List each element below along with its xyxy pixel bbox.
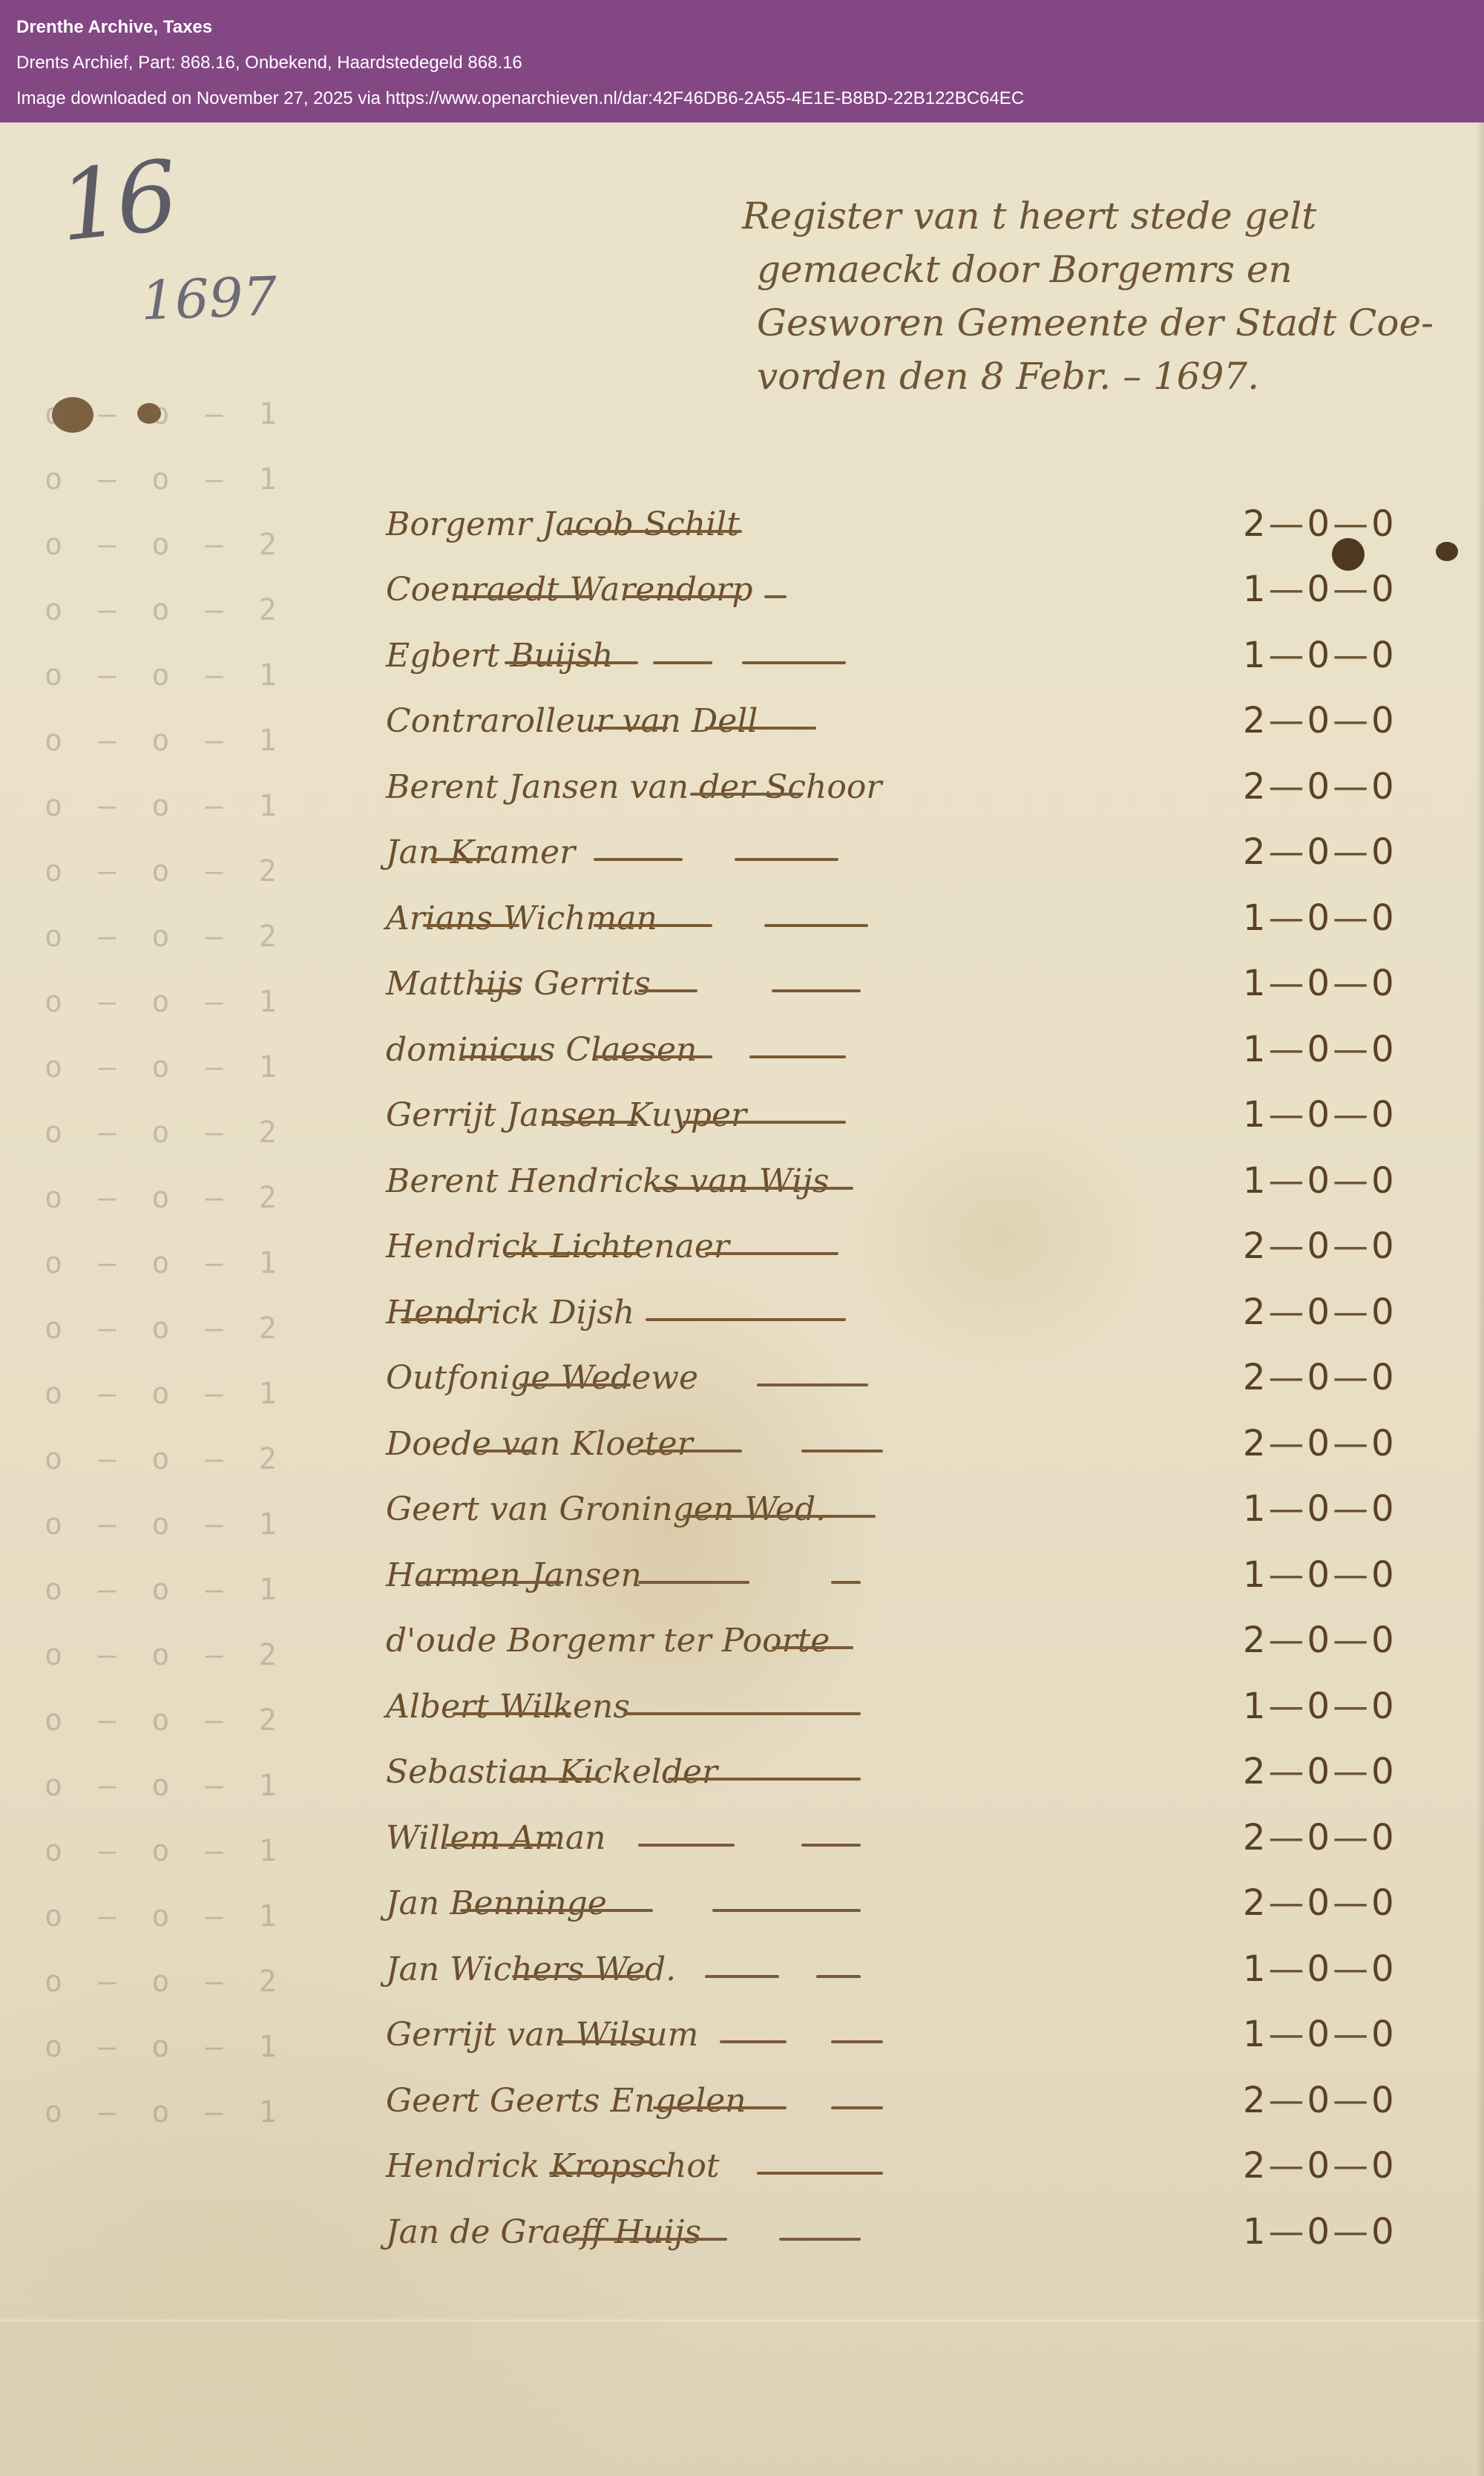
amount-penning: 0 <box>1371 2014 1397 2055</box>
leader-dash <box>779 2238 861 2241</box>
amount-separator: — <box>1269 766 1307 808</box>
leader-dash <box>801 1450 883 1452</box>
amount-separator: — <box>1333 2014 1371 2055</box>
leader-dash <box>772 989 861 992</box>
amount-penning: 0 <box>1371 766 1397 808</box>
amount-separator: — <box>1333 963 1371 1004</box>
amount-penning: 0 <box>1371 503 1397 545</box>
register-title-line: gemaeckt door Borgemrs en <box>742 243 1477 296</box>
amount-separator: — <box>1269 1751 1307 1792</box>
amount-separator: — <box>1269 1029 1307 1070</box>
amount-separator: — <box>1333 1554 1371 1596</box>
leader-dash <box>542 1121 638 1124</box>
taxpayer-name: Geert van Groningen Wed. <box>386 1490 826 1528</box>
amount-stuiver: 0 <box>1307 503 1333 545</box>
amount-penning: 0 <box>1371 963 1397 1004</box>
amount-separator: — <box>1269 1160 1307 1202</box>
taxpayer-name: Outfonige Wedewe <box>386 1359 698 1397</box>
amount-gulden: 1 <box>1243 1029 1269 1070</box>
amount-separator: — <box>1333 1488 1371 1530</box>
leader-dash <box>653 1187 853 1190</box>
leader-dash <box>623 1712 861 1715</box>
tax-amount: 1—0—0 <box>1243 2014 1397 2055</box>
tax-amount: 1—0—0 <box>1243 1948 1397 1990</box>
amount-penning: 0 <box>1371 1619 1397 1661</box>
leader-dash <box>460 1055 542 1058</box>
leader-dash <box>594 858 683 861</box>
amount-separator: — <box>1269 700 1307 741</box>
register-entry: Berent Hendricks van Wijs1—0—0 <box>356 1143 1484 1209</box>
amount-penning: 0 <box>1371 1160 1397 1202</box>
amount-separator: — <box>1269 1488 1307 1530</box>
amount-separator: — <box>1333 1291 1371 1333</box>
leader-dash <box>831 1581 861 1584</box>
taxpayer-name: Geert Geerts Engelen <box>386 2082 746 2120</box>
leader-dash <box>816 1975 861 1978</box>
amount-penning: 0 <box>1371 897 1397 939</box>
amount-separator: — <box>1269 1357 1307 1398</box>
register-entry: Albert Wilkens1—0—0 <box>356 1668 1484 1735</box>
amount-gulden: 2 <box>1243 1225 1269 1267</box>
tax-amount: 2—0—0 <box>1243 831 1397 873</box>
leader-dash <box>638 989 697 992</box>
leader-dash <box>416 1581 564 1584</box>
amount-separator: — <box>1333 1160 1371 1202</box>
amount-separator: — <box>1269 1554 1307 1596</box>
archive-source-reference: Drents Archief, Part: 868.16, Onbekend, … <box>16 52 1468 74</box>
amount-stuiver: 0 <box>1307 700 1333 741</box>
amount-penning: 0 <box>1371 2211 1397 2253</box>
amount-gulden: 1 <box>1243 1160 1269 1202</box>
amount-separator: — <box>1269 2145 1307 2187</box>
amount-gulden: 2 <box>1243 1817 1269 1858</box>
amount-separator: — <box>1333 569 1371 610</box>
amount-penning: 0 <box>1371 1094 1397 1136</box>
register-entry: Jan Wichers Wed.1—0—0 <box>356 1931 1484 1997</box>
amount-gulden: 2 <box>1243 503 1269 545</box>
amount-separator: — <box>1269 1948 1307 1990</box>
amount-penning: 0 <box>1371 1488 1397 1530</box>
register-entry: Willem Aman2—0—0 <box>356 1800 1484 1866</box>
amount-penning: 0 <box>1371 1817 1397 1858</box>
amount-separator: — <box>1333 1029 1371 1070</box>
amount-stuiver: 0 <box>1307 2080 1333 2121</box>
amount-stuiver: 0 <box>1307 569 1333 610</box>
taxpayer-name: Hendrick Dijsh <box>386 1294 634 1332</box>
leader-dash <box>638 1844 735 1847</box>
tax-amount: 2—0—0 <box>1243 1225 1397 1267</box>
amount-stuiver: 0 <box>1307 2211 1333 2253</box>
amount-separator: — <box>1333 1882 1371 1924</box>
taxpayer-name: d'oude Borgemr ter Poorte <box>386 1622 830 1660</box>
amount-stuiver: 0 <box>1307 1619 1333 1661</box>
register-entry: Hendrick Lichtenaer2—0—0 <box>356 1209 1484 1275</box>
amount-gulden: 1 <box>1243 1094 1269 1136</box>
leader-dash <box>512 1975 646 1978</box>
amount-separator: — <box>1333 1225 1371 1267</box>
taxpayer-name: Hendrick Kropschot <box>386 2147 720 2185</box>
amount-separator: — <box>1333 700 1371 741</box>
leader-dash <box>475 1450 534 1452</box>
amount-penning: 0 <box>1371 1686 1397 1727</box>
amount-gulden: 1 <box>1243 1488 1269 1530</box>
manuscript-page: 16 1697 o — o — 1 o — o — 1 o — o — 2 o … <box>0 122 1484 2476</box>
leader-dash <box>757 1383 868 1386</box>
amount-stuiver: 0 <box>1307 1948 1333 1990</box>
amount-gulden: 1 <box>1243 897 1269 939</box>
amount-gulden: 2 <box>1243 2080 1269 2121</box>
register-title: Register van t heert stede gelt gemaeckt… <box>742 189 1477 403</box>
amount-gulden: 2 <box>1243 1751 1269 1792</box>
tax-amount: 1—0—0 <box>1243 1554 1397 1596</box>
tax-amount: 1—0—0 <box>1243 963 1397 1004</box>
amount-separator: — <box>1269 1094 1307 1136</box>
register-entry: d'oude Borgemr ter Poorte2—0—0 <box>356 1603 1484 1669</box>
tax-amount: 2—0—0 <box>1243 2080 1397 2121</box>
amount-separator: — <box>1333 503 1371 545</box>
taxpayer-name: Hendrick Lichtenaer <box>386 1228 729 1265</box>
leader-dash <box>749 1055 846 1058</box>
leader-dash <box>683 1515 876 1518</box>
tax-amount: 2—0—0 <box>1243 1817 1397 1858</box>
archive-header-banner: Drenthe Archive, Taxes Drents Archief, P… <box>0 0 1484 122</box>
leader-dash <box>735 858 838 861</box>
amount-stuiver: 0 <box>1307 963 1333 1004</box>
archive-title: Drenthe Archive, Taxes <box>16 16 1468 39</box>
amount-separator: — <box>1269 831 1307 873</box>
register-entry: Jan Kramer2—0—0 <box>356 815 1484 881</box>
amount-separator: — <box>1269 1686 1307 1727</box>
amount-stuiver: 0 <box>1307 1291 1333 1333</box>
tax-amount: 2—0—0 <box>1243 1751 1397 1792</box>
leader-dash <box>653 2106 787 2109</box>
taxpayer-name: dominicus Claesen <box>386 1031 697 1069</box>
amount-stuiver: 0 <box>1307 1423 1333 1464</box>
leader-dash <box>720 2040 787 2043</box>
leader-dash <box>505 661 638 664</box>
amount-stuiver: 0 <box>1307 2014 1333 2055</box>
amount-separator: — <box>1269 2211 1307 2253</box>
amount-gulden: 1 <box>1243 963 1269 1004</box>
amount-gulden: 2 <box>1243 831 1269 873</box>
leader-dash <box>594 924 712 927</box>
register-entry: Hendrick Kropschot2—0—0 <box>356 2129 1484 2195</box>
taxpayer-name: Berent Hendricks van Wijs <box>386 1162 830 1200</box>
leader-dash <box>571 2238 727 2241</box>
amount-penning: 0 <box>1371 700 1397 741</box>
amount-penning: 0 <box>1371 1882 1397 1924</box>
taxpayer-name: Albert Wilkens <box>386 1688 630 1726</box>
amount-separator: — <box>1333 1686 1371 1727</box>
amount-separator: — <box>1333 1751 1371 1792</box>
tax-amount: 2—0—0 <box>1243 1619 1397 1661</box>
tax-amount: 1—0—0 <box>1243 1094 1397 1136</box>
register-entry: Arians Wichman1—0—0 <box>356 880 1484 946</box>
amount-penning: 0 <box>1371 1554 1397 1596</box>
tax-amount: 2—0—0 <box>1243 766 1397 808</box>
amount-gulden: 1 <box>1243 1554 1269 1596</box>
register-entry: Hendrick Dijsh2—0—0 <box>356 1274 1484 1340</box>
paper-fold-line <box>0 2319 1484 2322</box>
amount-gulden: 2 <box>1243 1291 1269 1333</box>
amount-separator: — <box>1333 897 1371 939</box>
leader-dash <box>401 1318 482 1321</box>
amount-separator: — <box>1269 569 1307 610</box>
register-entry: Geert Geerts Engelen2—0—0 <box>356 2063 1484 2129</box>
amount-stuiver: 0 <box>1307 1817 1333 1858</box>
leader-dash <box>594 1055 712 1058</box>
tax-amount: 1—0—0 <box>1243 635 1397 676</box>
register-title-line: Register van t heert stede gelt <box>742 189 1477 243</box>
amount-gulden: 2 <box>1243 1619 1269 1661</box>
leader-dash <box>653 661 712 664</box>
register-entry: Egbert Buijsh1—0—0 <box>356 618 1484 684</box>
archive-download-note: Image downloaded on November 27, 2025 vi… <box>16 88 1468 110</box>
amount-separator: — <box>1333 1817 1371 1858</box>
taxpayer-name: Sebastian Kickelder <box>386 1753 718 1791</box>
tax-amount: 2—0—0 <box>1243 1423 1397 1464</box>
amount-penning: 0 <box>1371 569 1397 610</box>
taxpayer-name: Willem Aman <box>386 1819 605 1857</box>
amount-stuiver: 0 <box>1307 635 1333 676</box>
amount-penning: 0 <box>1371 1291 1397 1333</box>
amount-separator: — <box>1269 503 1307 545</box>
leader-dash <box>646 1318 846 1321</box>
amount-gulden: 2 <box>1243 1882 1269 1924</box>
amount-penning: 0 <box>1371 2080 1397 2121</box>
leader-dash <box>831 2106 883 2109</box>
amount-separator: — <box>1333 2145 1371 2187</box>
tax-amount: 2—0—0 <box>1243 1291 1397 1333</box>
amount-separator: — <box>1333 831 1371 873</box>
amount-penning: 0 <box>1371 635 1397 676</box>
amount-gulden: 2 <box>1243 766 1269 808</box>
amount-stuiver: 0 <box>1307 1160 1333 1202</box>
leader-dash <box>638 1581 749 1584</box>
register-title-line: vorden den 8 Febr. – 1697. <box>742 350 1477 403</box>
amount-gulden: 1 <box>1243 1948 1269 1990</box>
leader-dash <box>690 793 801 796</box>
register-entry: Gerrijt Jansen Kuyper1—0—0 <box>356 1078 1484 1144</box>
leader-dash <box>423 924 519 927</box>
taxpayer-name: Jan Wichers Wed. <box>386 1951 676 1988</box>
leader-dash <box>445 1844 556 1847</box>
taxpayer-name: Jan Benninge <box>386 1884 607 1922</box>
amount-separator: — <box>1333 2080 1371 2121</box>
amount-separator: — <box>1333 1357 1371 1398</box>
leader-dash <box>772 1646 853 1649</box>
amount-separator: — <box>1269 2014 1307 2055</box>
tax-amount: 2—0—0 <box>1243 2145 1397 2187</box>
leader-dash <box>742 661 846 664</box>
amount-separator: — <box>1269 897 1307 939</box>
amount-separator: — <box>1333 1619 1371 1661</box>
amount-penning: 0 <box>1371 2145 1397 2187</box>
register-entry: Borgemr Jacob Schilt2—0—0 <box>356 486 1484 552</box>
leader-dash <box>638 1450 742 1452</box>
amount-gulden: 2 <box>1243 700 1269 741</box>
amount-penning: 0 <box>1371 1357 1397 1398</box>
register-title-line: Gesworen Gemeente der Stadt Coe- <box>742 296 1477 350</box>
leader-dash <box>764 595 787 598</box>
taxpayer-name: Coenraedt Warendorp <box>386 571 753 609</box>
leader-dash <box>705 1975 779 1978</box>
register-entry: Coenraedt Warendorp1—0—0 <box>356 552 1484 618</box>
amount-separator: — <box>1269 1619 1307 1661</box>
amount-stuiver: 0 <box>1307 1094 1333 1136</box>
amount-separator: — <box>1269 1817 1307 1858</box>
leader-dash <box>668 1778 861 1781</box>
amount-penning: 0 <box>1371 1423 1397 1464</box>
amount-separator: — <box>1333 635 1371 676</box>
leader-dash <box>549 2172 668 2175</box>
taxpayer-name: Jan de Graeff Huijs <box>386 2213 701 2251</box>
amount-penning: 0 <box>1371 1751 1397 1792</box>
leader-dash <box>460 1909 653 1912</box>
register-entry: Sebastian Kickelder2—0—0 <box>356 1735 1484 1801</box>
amount-stuiver: 0 <box>1307 1751 1333 1792</box>
amount-stuiver: 0 <box>1307 1882 1333 1924</box>
amount-stuiver: 0 <box>1307 831 1333 873</box>
register-entry: Doede van Kloeter2—0—0 <box>356 1406 1484 1472</box>
register-entry: Contrarolleur van Dell2—0—0 <box>356 684 1484 750</box>
leader-dash <box>505 1252 638 1255</box>
amount-stuiver: 0 <box>1307 766 1333 808</box>
amount-separator: — <box>1269 2080 1307 2121</box>
folio-number-annotation: 16 <box>53 139 178 263</box>
amount-gulden: 1 <box>1243 1686 1269 1727</box>
leader-dash <box>831 2040 883 2043</box>
taxpayer-name: Egbert Buijsh <box>386 637 614 675</box>
tax-amount: 1—0—0 <box>1243 569 1397 610</box>
amount-penning: 0 <box>1371 831 1397 873</box>
taxpayer-name: Harmen Jansen <box>386 1556 642 1594</box>
amount-separator: — <box>1269 1225 1307 1267</box>
leader-dash <box>801 1844 861 1847</box>
amount-separator: — <box>1333 2211 1371 2253</box>
tax-amount: 1—0—0 <box>1243 1160 1397 1202</box>
register-entry: Outfonige Wedewe2—0—0 <box>356 1340 1484 1406</box>
leader-dash <box>564 530 742 533</box>
leader-dash <box>453 1712 571 1715</box>
taxpayer-name: Berent Jansen van der Schoor <box>386 768 881 806</box>
amount-penning: 0 <box>1371 1948 1397 1990</box>
register-entry: Berent Jansen van der Schoor2—0—0 <box>356 749 1484 815</box>
amount-gulden: 1 <box>1243 2014 1269 2055</box>
taxpayer-name: Jan Kramer <box>386 833 575 871</box>
leader-dash <box>453 595 594 598</box>
leader-dash <box>705 1252 838 1255</box>
amount-stuiver: 0 <box>1307 1029 1333 1070</box>
leader-dash <box>519 1383 631 1386</box>
leader-dash <box>594 727 668 730</box>
amount-gulden: 1 <box>1243 635 1269 676</box>
tax-amount: 1—0—0 <box>1243 1686 1397 1727</box>
amount-stuiver: 0 <box>1307 2145 1333 2187</box>
taxpayer-name: Arians Wichman <box>386 900 657 937</box>
register-entry: Gerrijt van Wilsum1—0—0 <box>356 1997 1484 2063</box>
amount-stuiver: 0 <box>1307 897 1333 939</box>
tax-amount: 1—0—0 <box>1243 1488 1397 1530</box>
leader-dash <box>705 727 816 730</box>
register-entry: dominicus Claesen1—0—0 <box>356 1012 1484 1078</box>
amount-stuiver: 0 <box>1307 1554 1333 1596</box>
leader-dash <box>712 1909 861 1912</box>
amount-gulden: 2 <box>1243 1423 1269 1464</box>
taxpayer-name: Gerrijt Jansen Kuyper <box>386 1096 746 1134</box>
register-entry: Geert van Groningen Wed.1—0—0 <box>356 1472 1484 1538</box>
amount-stuiver: 0 <box>1307 1225 1333 1267</box>
amount-stuiver: 0 <box>1307 1357 1333 1398</box>
tax-amount: 2—0—0 <box>1243 1357 1397 1398</box>
leader-dash <box>623 595 742 598</box>
taxpayer-name: Borgemr Jacob Schilt <box>386 505 740 543</box>
amount-stuiver: 0 <box>1307 1686 1333 1727</box>
tax-amount: 1—0—0 <box>1243 2211 1397 2253</box>
amount-separator: — <box>1269 635 1307 676</box>
register-entry: Matthijs Gerrits1—0—0 <box>356 946 1484 1012</box>
amount-separator: — <box>1269 1423 1307 1464</box>
amount-gulden: 1 <box>1243 569 1269 610</box>
bleed-through-column: o — o — 1 o — o — 1 o — o — 2 o — o — 2 … <box>45 397 312 2161</box>
tax-amount: 2—0—0 <box>1243 503 1397 545</box>
tax-amount: 1—0—0 <box>1243 1029 1397 1070</box>
amount-penning: 0 <box>1371 1029 1397 1070</box>
amount-stuiver: 0 <box>1307 1488 1333 1530</box>
register-entry: Jan Benninge2—0—0 <box>356 1866 1484 1932</box>
year-annotation: 1697 <box>140 265 278 332</box>
taxpayer-name: Contrarolleur van Dell <box>386 702 758 740</box>
amount-separator: — <box>1269 963 1307 1004</box>
amount-separator: — <box>1333 766 1371 808</box>
amount-separator: — <box>1269 1882 1307 1924</box>
tax-amount: 1—0—0 <box>1243 897 1397 939</box>
leader-dash <box>764 924 868 927</box>
leader-dash <box>683 1121 846 1124</box>
amount-separator: — <box>1333 1948 1371 1990</box>
tax-amount: 2—0—0 <box>1243 1882 1397 1924</box>
leader-dash <box>556 2040 653 2043</box>
amount-penning: 0 <box>1371 1225 1397 1267</box>
tax-amount: 2—0—0 <box>1243 700 1397 741</box>
leader-dash <box>757 2172 883 2175</box>
amount-gulden: 2 <box>1243 1357 1269 1398</box>
amount-separator: — <box>1269 1291 1307 1333</box>
register-entry: Harmen Jansen1—0—0 <box>356 1537 1484 1603</box>
amount-gulden: 2 <box>1243 2145 1269 2187</box>
taxpayer-name: Gerrijt van Wilsum <box>386 2016 698 2054</box>
leader-dash <box>430 858 490 861</box>
leader-dash <box>512 1778 601 1781</box>
taxpayer-name: Doede van Kloeter <box>386 1425 693 1463</box>
hearth-tax-register-list: Borgemr Jacob Schilt2—0—0Coenraedt Waren… <box>356 486 1484 2260</box>
taxpayer-name: Matthijs Gerrits <box>386 965 651 1003</box>
leader-dash <box>475 989 519 992</box>
amount-separator: — <box>1333 1094 1371 1136</box>
amount-separator: — <box>1333 1423 1371 1464</box>
register-entry: Jan de Graeff Huijs1—0—0 <box>356 2194 1484 2260</box>
amount-gulden: 1 <box>1243 2211 1269 2253</box>
